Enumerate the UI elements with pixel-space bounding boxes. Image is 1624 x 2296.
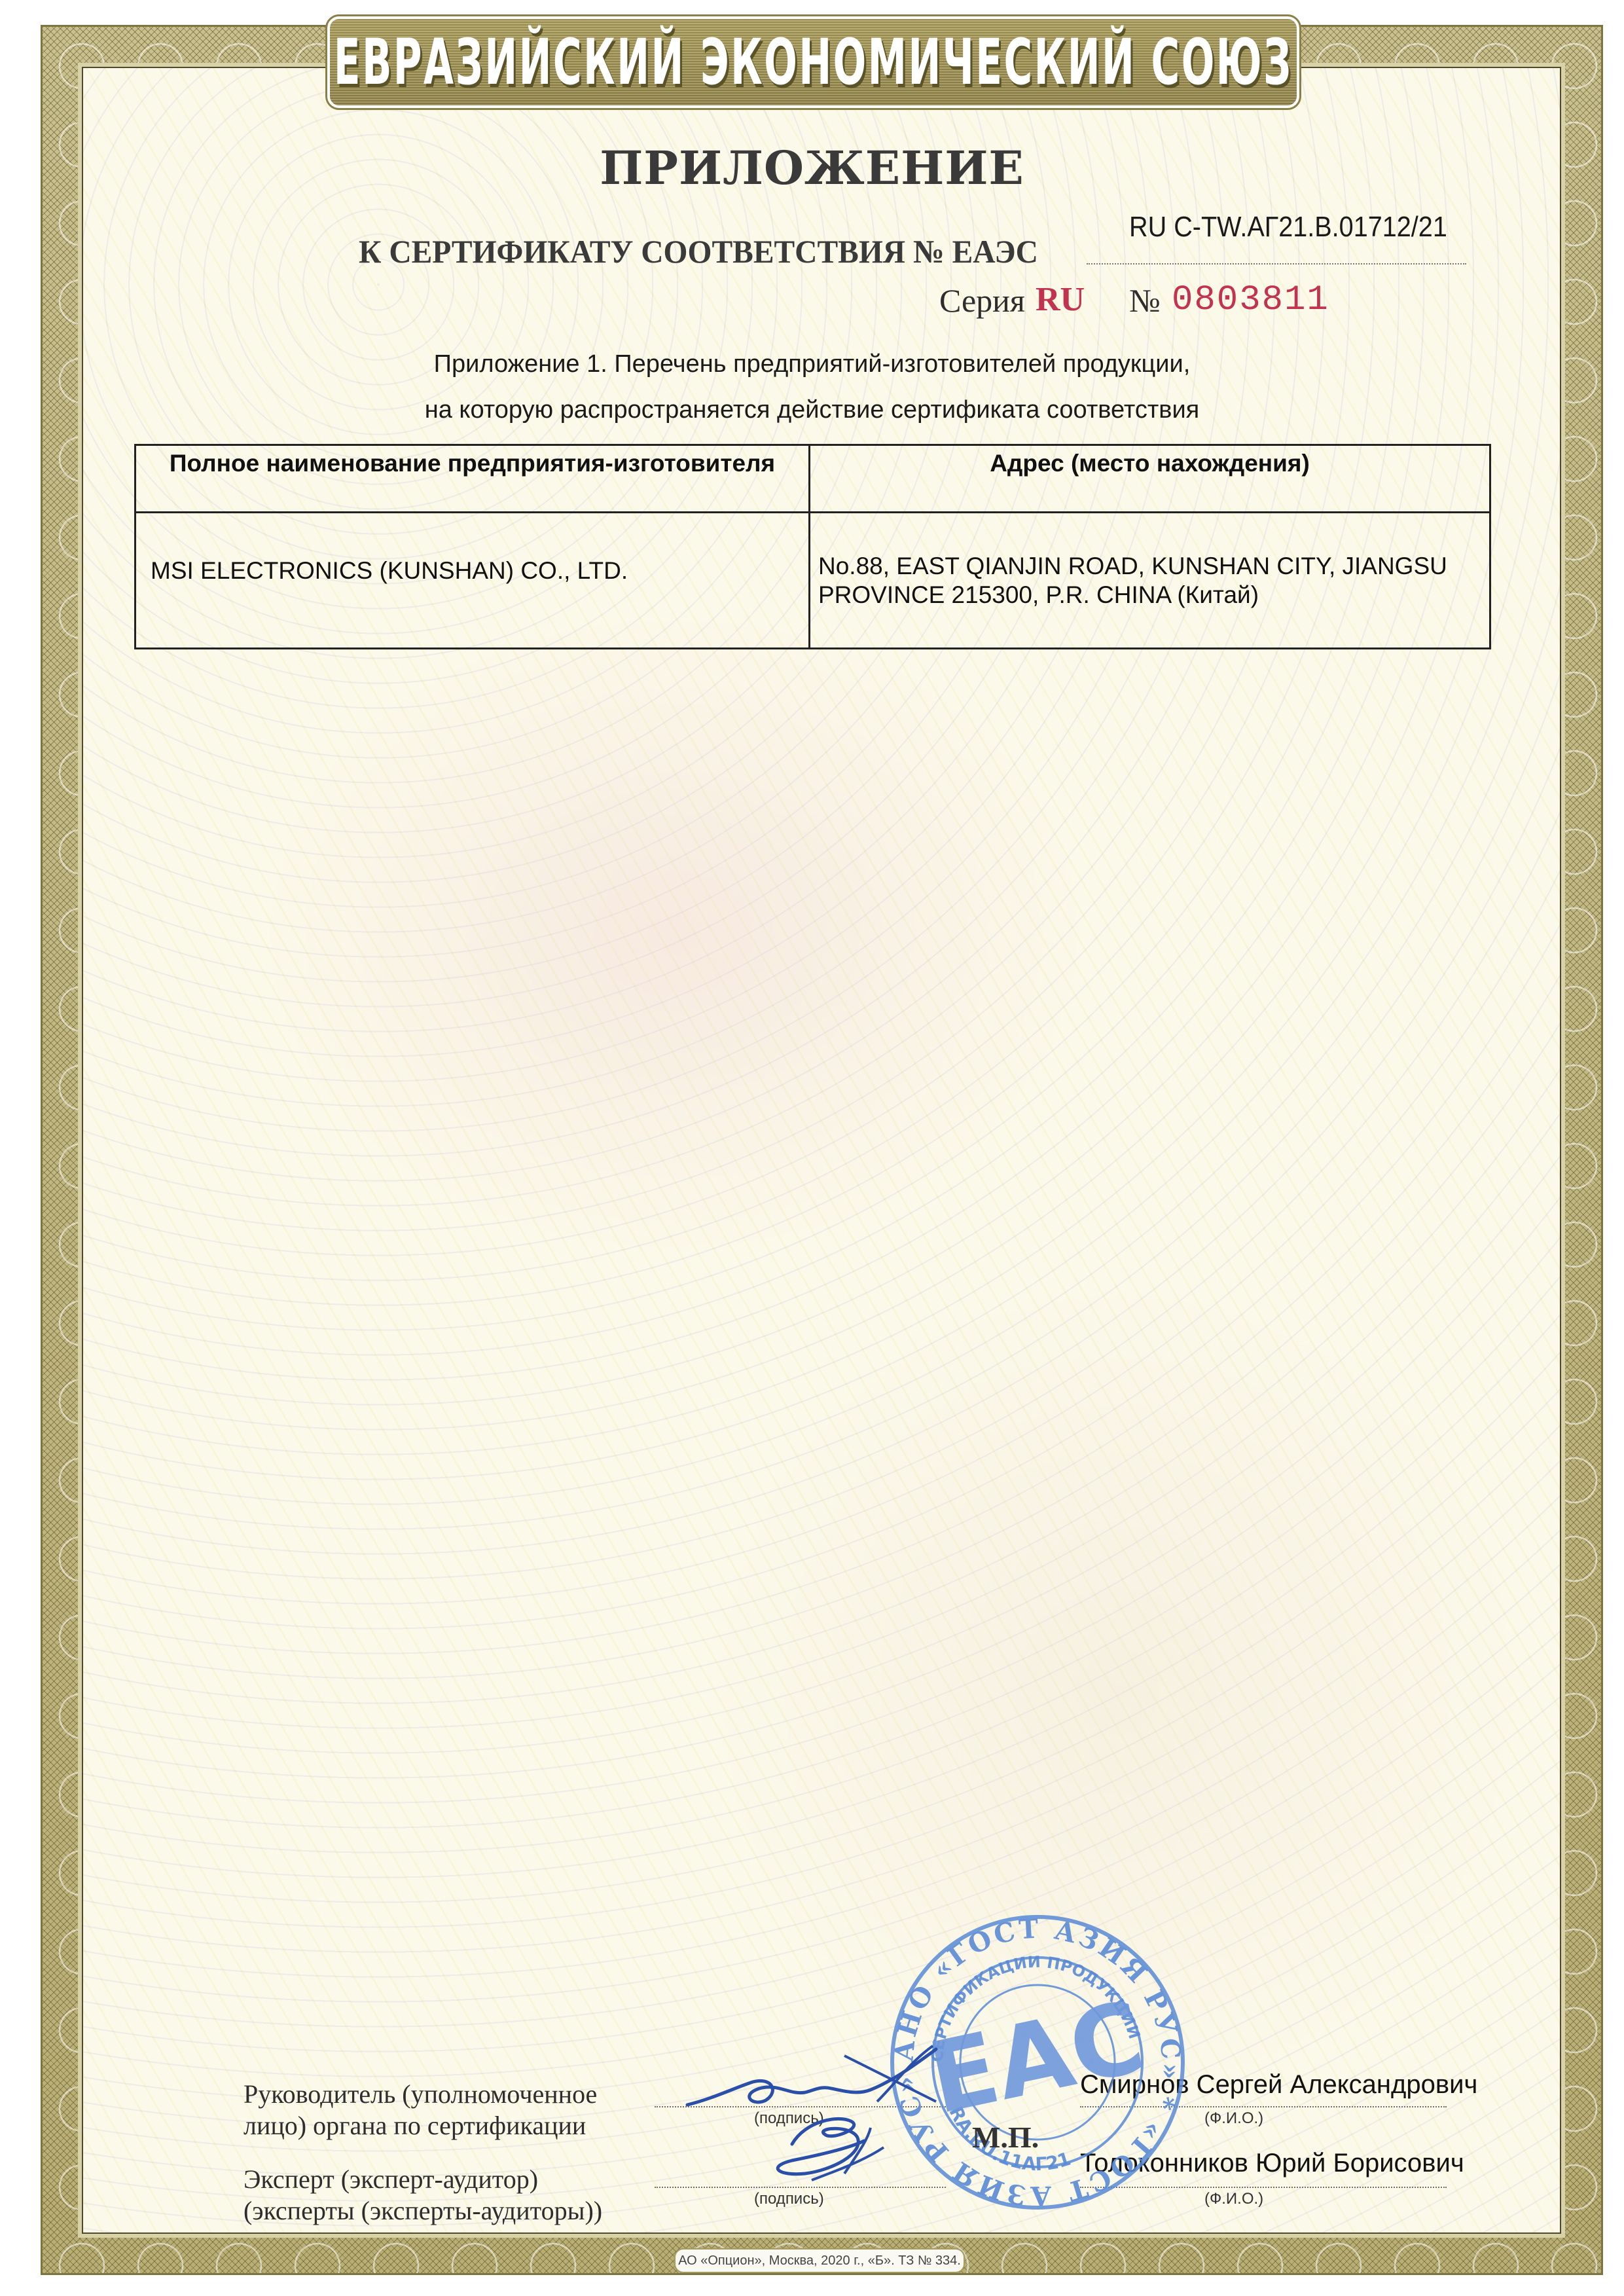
- expert-fio-caption: (Ф.И.О.): [1204, 2190, 1263, 2208]
- annex-heading-line-2: на которую распространяется действие сер…: [0, 396, 1624, 424]
- head-label-line-1: Руководитель (уполномоченное: [244, 2079, 597, 2110]
- series-value: RU: [1036, 280, 1085, 319]
- head-label-line-2: лицо) органа по сертификации: [244, 2110, 597, 2141]
- banner-title: ЕВРАЗИЙСКИЙ ЭКОНОМИЧЕСКИЙ СОЮЗ: [334, 26, 1293, 99]
- manufacturers-table: Полное наименование предприятия-изготови…: [134, 444, 1491, 649]
- column-header-name: Полное наименование предприятия-изготови…: [135, 445, 810, 513]
- series-label: Серия: [939, 282, 1025, 319]
- page-title: ПРИЛОЖЕНИЕ: [0, 141, 1624, 195]
- certificate-number: RU C-TW.АГ21.В.01712/21: [1129, 211, 1447, 244]
- head-fio-caption: (Ф.И.О.): [1204, 2109, 1263, 2128]
- head-of-body-label: Руководитель (уполномоченное лицо) орган…: [244, 2079, 597, 2141]
- union-banner: ЕВРАЗИЙСКИЙ ЭКОНОМИЧЕСКИЙ СОЮЗ: [327, 16, 1299, 108]
- expert-label-line-2: (эксперты (эксперты-аудиторы)): [244, 2195, 602, 2227]
- stamp-place-mark: М.П.: [972, 2120, 1039, 2155]
- printer-imprint: АО «Опцион», Москва, 2020 г., «Б». ТЗ № …: [674, 2248, 965, 2273]
- annex-heading-line-1: Приложение 1. Перечень предприятий-изгот…: [0, 350, 1624, 378]
- expert-label: Эксперт (эксперт-аудитор) (эксперты (экс…: [244, 2164, 602, 2227]
- expert-signature: [753, 2108, 923, 2200]
- manufacturer-address: No.88, EAST QIANJIN ROAD, KUNSHAN CITY, …: [810, 513, 1490, 649]
- certificate-subtitle: К СЕРТИФИКАТУ СООТВЕТСТВИЯ № ЕАЭС: [359, 232, 1038, 270]
- manufacturer-name: MSI ELECTRONICS (KUNSHAN) CO., LTD.: [135, 513, 810, 649]
- column-header-address: Адрес (место нахождения): [810, 445, 1490, 513]
- form-serial-number: 0803811: [1172, 280, 1329, 320]
- document-paper: [82, 67, 1561, 2234]
- expert-label-line-1: Эксперт (эксперт-аудитор): [244, 2164, 602, 2195]
- certificate-number-underline: [1087, 263, 1466, 264]
- table-row: MSI ELECTRONICS (KUNSHAN) CO., LTD. No.8…: [135, 513, 1490, 649]
- number-sign: №: [1129, 282, 1161, 319]
- table-header-row: Полное наименование предприятия-изготови…: [135, 445, 1490, 513]
